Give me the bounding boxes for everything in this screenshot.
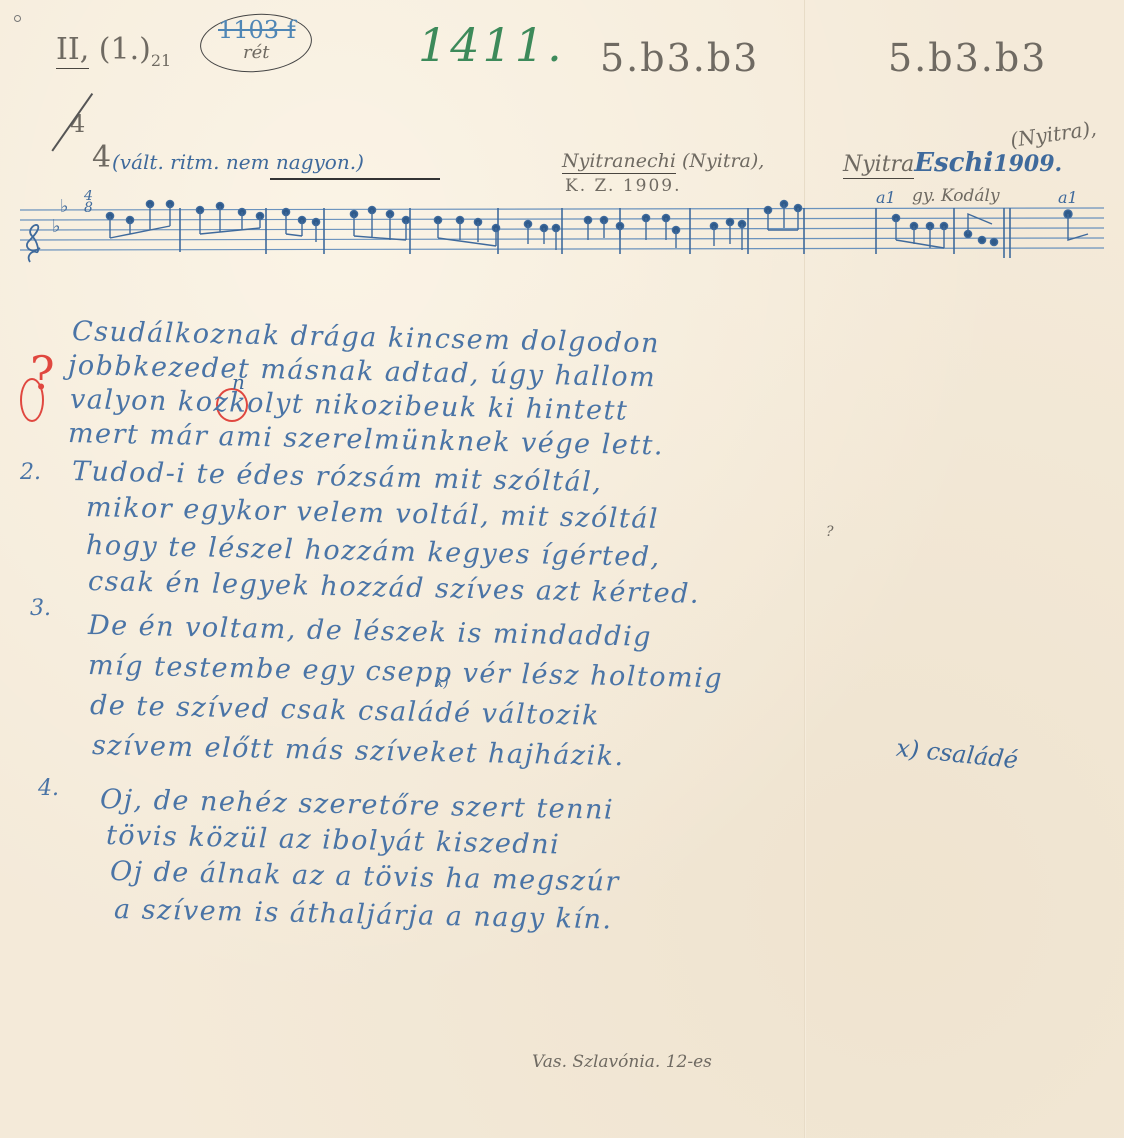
verse-4-line-1: Oj, de nehéz szeretőre szert tenni xyxy=(100,784,615,826)
tempo-underline xyxy=(270,178,440,180)
circled-number-struck: 1103 f xyxy=(218,16,296,44)
verse-3-number: 3. xyxy=(30,596,51,621)
circled-note: rét xyxy=(243,42,270,63)
punch-hole xyxy=(14,15,21,22)
footnote: x) családé xyxy=(895,734,1019,775)
verse-3-footnote-marker: x) xyxy=(436,676,448,691)
source-right-place-pencil: Nyitra xyxy=(843,152,914,179)
source-left-region: (Nyitra), xyxy=(682,150,764,172)
fraction-slash xyxy=(51,93,92,151)
catalog-sub: 21 xyxy=(151,51,171,70)
verse-2-line-3: hogy te lészel hozzám kegyes ígérted, xyxy=(86,530,661,573)
verse-3-line-1: De én voltam, de lészek is mindaddig xyxy=(88,610,653,653)
verse-2-margin-mark: ? xyxy=(826,524,834,540)
time-fraction-bottom: 4 xyxy=(92,140,111,175)
music-staff: ♭ ♭ 4 8 xyxy=(14,190,1124,280)
source-right-place-ink: Eschi xyxy=(914,148,993,178)
source-right-region: (Nyitra), xyxy=(1009,116,1098,152)
svg-text:♭: ♭ xyxy=(60,196,69,217)
svg-text:8: 8 xyxy=(84,200,93,216)
scale-code-left: 5.b3.b3 xyxy=(600,36,759,80)
red-circle-mark xyxy=(20,378,44,422)
green-catalog-number: 1411. xyxy=(418,18,565,72)
source-left-place: Nyitranechi xyxy=(562,150,676,174)
verse-3-line-2: míg testembe egy csepp vér lész holtomig xyxy=(88,650,724,694)
verse-2-number: 2. xyxy=(20,460,41,485)
source-right-year: 1909. xyxy=(993,151,1062,177)
verse-3-line-4: szívem előtt más szíveket hajházik. xyxy=(92,730,625,772)
tempo-note: (vált. ritm. nem nagyon.) xyxy=(112,150,364,174)
source-right-place: NyitraEschi1909. xyxy=(843,148,1062,178)
paper-fold xyxy=(804,0,806,1138)
scale-code-right: 5.b3.b3 xyxy=(888,36,1047,80)
verse-4-line-3: Oj de álnak az a tövis ha megszúr xyxy=(110,856,620,898)
verse-4-line-2: tövis közül az ibolyát kiszedni xyxy=(106,820,561,861)
tempo-note-text: (vált. ritm. nem nagyon.) xyxy=(112,150,364,174)
bottom-note: Vas. Szlavónia. 12-es xyxy=(532,1052,712,1072)
verse-4-number: 4. xyxy=(38,776,59,801)
catalog-reference: II, (1.)21 xyxy=(56,32,171,70)
verse-2-line-1: Tudod-i te édes rózsám mit szóltál, xyxy=(72,456,603,498)
catalog-ref: II, xyxy=(56,32,89,69)
verse-4-line-4: a szívem is áthaljárja a nagy kín. xyxy=(114,894,613,935)
manuscript-page: II, (1.)21 1103 f rét 1411. 5.b3.b3 5.b3… xyxy=(0,0,1124,1138)
verse-3-line-3: de te szíved csak családé változik xyxy=(90,690,601,732)
verse-2-line-4: csak én legyek hozzád szíves azt kérted. xyxy=(88,566,701,610)
source-left: Nyitranechi (Nyitra), xyxy=(562,150,764,172)
verse-2-line-2: mikor egykor velem voltál, mit szóltál xyxy=(86,492,660,535)
svg-text:♭: ♭ xyxy=(52,216,61,237)
catalog-paren: (1.) xyxy=(99,32,151,67)
